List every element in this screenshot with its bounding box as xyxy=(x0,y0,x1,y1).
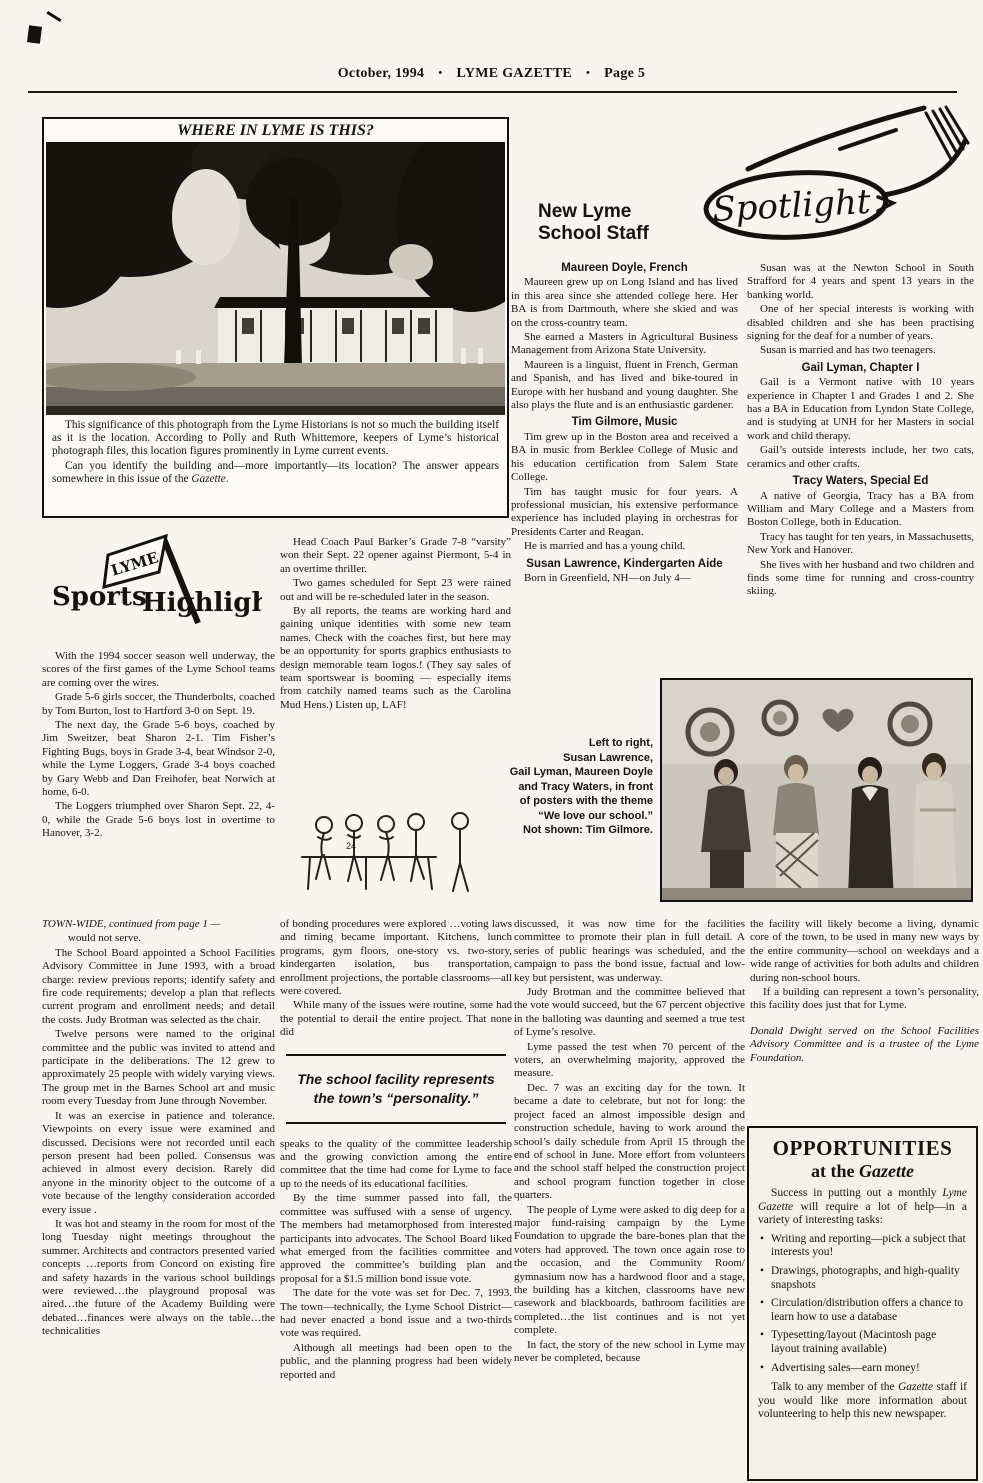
paragraph: the facility will likely become a living… xyxy=(750,918,979,985)
section-heading-tim: Tim Gilmore, Music xyxy=(511,416,738,429)
paragraph: The date for the vote was set for Dec. 7… xyxy=(280,1287,512,1341)
caption-line: Left to right, xyxy=(503,736,653,751)
bullet-icon: • xyxy=(760,1265,764,1279)
paragraph: She lives with her husband and two child… xyxy=(747,559,974,599)
sports-column-1: With the 1994 soccer season well underwa… xyxy=(42,650,275,842)
paragraph: One of her special interests is working … xyxy=(747,303,974,343)
caption-paragraph: This significance of this photograph fro… xyxy=(52,419,499,459)
bullet-icon: • xyxy=(760,1233,764,1247)
paragraph: The people of Lyme were asked to dig dee… xyxy=(514,1204,745,1338)
paragraph: Susan was at the Newton School in South … xyxy=(747,262,974,302)
bullet-text: Circulation/distribution offers a chance… xyxy=(771,1297,963,1323)
townwide-column-1: TOWN-WIDE, continued from page 1 — would… xyxy=(42,918,275,1340)
where-box-caption: This significance of this photograph fro… xyxy=(44,415,507,486)
paragraph: She earned a Masters in Agricultural Bus… xyxy=(511,331,738,358)
staff-photo-image xyxy=(662,680,971,900)
paper-name: LYME GAZETTE xyxy=(457,66,573,81)
opportunity-item: •Writing and reporting—pick a subject th… xyxy=(758,1233,967,1260)
paragraph: Maureen is a linguist, fluent in French,… xyxy=(511,359,738,413)
paragraph: Two games scheduled for Sept 23 were rai… xyxy=(280,577,511,604)
opportunities-subtitle: at the Gazette xyxy=(758,1160,967,1182)
paragraph: would not serve. xyxy=(68,932,275,945)
bullet-text: Drawings, photographs, and high-quality … xyxy=(771,1265,960,1291)
spotlight-logo: Spotlight xyxy=(688,103,975,245)
paragraph: It was hot and steamy in the room for mo… xyxy=(42,1218,275,1339)
caption-line: Not shown: Tim Gilmore. xyxy=(503,823,653,838)
caption-paragraph: Can you identify the building and—more i… xyxy=(52,460,499,486)
newspaper-page: October, 1994•LYME GAZETTE•Page 5 WHERE … xyxy=(0,0,983,1483)
sports-logo-word2: Highlights xyxy=(142,588,262,618)
paragraph: Although all meetings had been open to t… xyxy=(280,1342,512,1382)
caption-line: Susan Lawrence, xyxy=(503,751,653,766)
staff-column-middle: Maureen Doyle, French Maureen grew up on… xyxy=(511,258,738,586)
staff-headline: New Lyme School Staff xyxy=(538,201,649,245)
section-heading-susan: Susan Lawrence, Kindergarten Aide xyxy=(511,558,738,571)
sports-column-2: Head Coach Paul Barker’s Grade 7-8 “vars… xyxy=(280,536,511,713)
paragraph: He is married and has a young child. xyxy=(511,540,738,553)
paragraph: The Loggers triumphed over Sharon Sept. … xyxy=(42,800,275,840)
caption-line: and Tracy Waters, in front xyxy=(503,780,653,795)
section-heading-gail: Gail Lyman, Chapter I xyxy=(747,362,974,375)
paragraph: Gail is a Vermont native with 10 years e… xyxy=(747,376,974,443)
townwide-column-3: discussed, it was now time for the facil… xyxy=(514,918,745,1366)
opportunity-item: •Drawings, photographs, and high-quality… xyxy=(758,1265,967,1292)
continued-kicker: TOWN-WIDE, continued from page 1 — xyxy=(42,918,275,931)
staff-column-right: Susan was at the Newton School in South … xyxy=(747,262,974,600)
caption-line: of posters with the theme xyxy=(503,794,653,809)
staff-photo xyxy=(660,678,973,902)
scan-artifact-line xyxy=(46,11,61,22)
paragraph: Judy Brotman and the committee believed … xyxy=(514,986,745,1040)
pull-quote-line: the town’s “personality.” xyxy=(288,1089,504,1108)
paragraph: Dec. 7 was an exciting day for the town.… xyxy=(514,1082,745,1203)
paragraph: The School Board appointed a School Faci… xyxy=(42,947,275,1027)
page-header: October, 1994•LYME GAZETTE•Page 5 xyxy=(0,66,983,82)
paragraph: Born in Greenfield, NH—on July 4— xyxy=(511,572,738,585)
bullet-icon: • xyxy=(760,1297,764,1311)
section-heading-maureen: Maureen Doyle, French xyxy=(511,262,738,275)
header-date: October, 1994 xyxy=(338,66,425,81)
pull-quote-line: The school facility represents xyxy=(288,1070,504,1089)
caption-line: “We love our school.” xyxy=(503,809,653,824)
paragraph: Tim has taught music for four years. A p… xyxy=(511,486,738,540)
paragraph: Maureen grew up on Long Island and has l… xyxy=(511,276,738,330)
townwide-column-4: the facility will likely become a living… xyxy=(750,918,979,1066)
paragraph: It was an exercise in patience and toler… xyxy=(42,1110,275,1217)
staff-headline-line2: School Staff xyxy=(538,223,649,245)
opportunity-item: •Circulation/distribution offers a chanc… xyxy=(758,1297,967,1324)
pull-quote: The school facility represents the town’… xyxy=(286,1054,506,1124)
paragraph: With the 1994 soccer season well underwa… xyxy=(42,650,275,690)
sports-logo-word1: Sports xyxy=(52,582,147,612)
where-box-title: WHERE IN LYME IS THIS? xyxy=(44,119,507,142)
caption-line: Gail Lyman, Maureen Doyle xyxy=(503,765,653,780)
bullet-icon: • xyxy=(760,1362,764,1376)
townwide-column-2: of bonding procedures were explored …vot… xyxy=(280,918,512,1383)
where-in-lyme-box: WHERE IN LYME IS THIS? xyxy=(42,117,509,518)
cartoon-jersey-number: 24 xyxy=(346,841,356,851)
bullet-text: Typesetting/layout (Macintosh page layou… xyxy=(771,1329,936,1355)
paragraph: Tracy has taught for ten years, in Massa… xyxy=(747,531,974,558)
paragraph: Susan is married and has two teenagers. xyxy=(747,344,974,357)
staff-headline-line1: New Lyme xyxy=(538,201,649,223)
bullet-icon: • xyxy=(760,1329,764,1343)
staff-photo-caption: Left to right, Susan Lawrence, Gail Lyma… xyxy=(503,736,653,838)
paragraph: Tim grew up in the Boston area and recei… xyxy=(511,431,738,485)
header-separator-icon: • xyxy=(572,67,604,79)
page-number: Page 5 xyxy=(604,66,645,81)
paragraph: Grade 5-6 girls soccer, the Thunderbolts… xyxy=(42,691,275,718)
opportunities-title: OPPORTUNITIES xyxy=(758,1136,967,1160)
bullet-text: Advertising sales—earn money! xyxy=(771,1362,920,1374)
paragraph: A native of Georgia, Tracy has a BA from… xyxy=(747,490,974,530)
opportunities-box: OPPORTUNITIES at the Gazette Success in … xyxy=(747,1126,978,1481)
sports-highlights-logo: LYME Sports Highlights xyxy=(52,527,262,629)
opportunities-intro: Success in putting out a monthly Lyme Ga… xyxy=(758,1187,967,1228)
bullet-text: Writing and reporting—pick a subject tha… xyxy=(771,1233,966,1259)
paragraph: Head Coach Paul Barker’s Grade 7-8 “vars… xyxy=(280,536,511,576)
opportunity-item: •Advertising sales—earn money! xyxy=(758,1362,967,1376)
paragraph: The next day, the Grade 5-6 boys, coache… xyxy=(42,719,275,799)
paragraph: If a building can represent a town’s per… xyxy=(750,986,979,1013)
paragraph: of bonding procedures were explored …vot… xyxy=(280,918,512,998)
historic-building-photo xyxy=(46,142,505,415)
paragraph: Lyme passed the test when 70 percent of … xyxy=(514,1041,745,1081)
section-heading-tracy: Tracy Waters, Special Ed xyxy=(747,475,974,488)
header-separator-icon: • xyxy=(424,67,456,79)
spotlight-logo-text: Spotlight xyxy=(711,182,871,230)
paragraph: Gail’s outside interests include, her tw… xyxy=(747,444,974,471)
paragraph: discussed, it was now time for the facil… xyxy=(514,918,745,985)
header-rule xyxy=(28,91,957,93)
opportunities-outro: Talk to any member of the Gazette staff … xyxy=(758,1381,967,1422)
paragraph: speaks to the quality of the committee l… xyxy=(280,1138,512,1192)
opportunity-item: •Typesetting/layout (Macintosh page layo… xyxy=(758,1329,967,1356)
opportunities-list: •Writing and reporting—pick a subject th… xyxy=(758,1233,967,1375)
paragraph: By the time summer passed into fall, the… xyxy=(280,1192,512,1286)
paragraph: By all reports, the teams are working ha… xyxy=(280,605,511,712)
author-byline: Donald Dwight served on the School Facil… xyxy=(750,1025,979,1065)
paragraph: In fact, the story of the new school in … xyxy=(514,1339,745,1366)
paragraph: While many of the issues were routine, s… xyxy=(280,999,512,1039)
sports-cartoon-illustration: 24 xyxy=(294,797,489,897)
scan-artifact-blob xyxy=(27,25,42,43)
paragraph: Twelve persons were named to the origina… xyxy=(42,1028,275,1108)
